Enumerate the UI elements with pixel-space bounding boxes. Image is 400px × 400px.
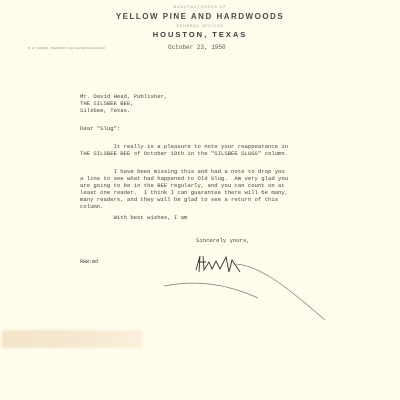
letter-page: Manufacturers of YELLOW PINE AND HARDWOO… [0,0,400,400]
paper-stain [2,330,142,348]
